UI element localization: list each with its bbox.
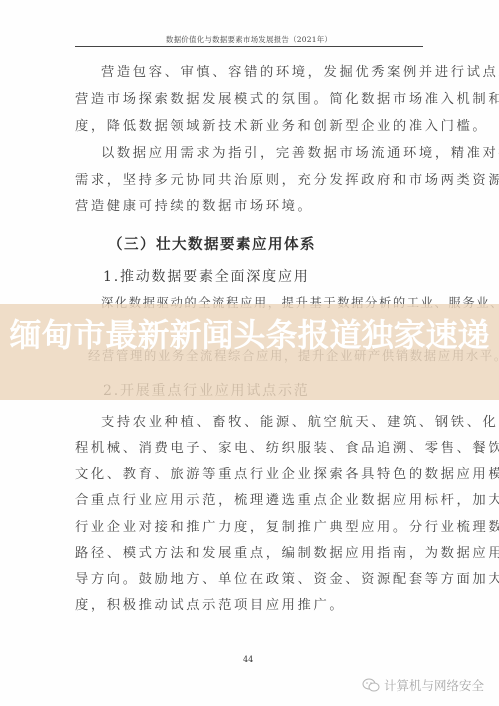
paragraph-line: 程机械、消费电子、家电、纺织服装、食品追溯、零售、餐饮、酒店、 (75, 441, 423, 457)
watermark: 计算机与网络安全 (362, 676, 484, 694)
paragraph-line: 以数据应用需求为指引，完善数据市场流通环境，精准对接市场 (101, 146, 423, 162)
paragraph-line: 合重点行业应用示范，梳理遴选重点企业数据应用标杆，加大地方和 (75, 493, 423, 509)
watermark-text: 计算机与网络安全 (384, 676, 484, 694)
paragraph-line: 营造包容、审慎、容错的环境，发掘优秀案例并进行试点示范， (101, 65, 423, 81)
paragraph-line: 度，积极推动试点示范项目应用推广。 (75, 598, 423, 614)
paragraph-line: 度，降低数据领域新技术新业务和创新型企业的准入门槛。 (75, 119, 423, 135)
paragraph-line: 营造健康可持续的数据市场环境。 (75, 199, 423, 215)
page-number: 44 (243, 655, 253, 664)
paragraph-line: 行业企业对接和推广力度，复制推广典型应用。分行业梳理数据应用 (75, 520, 423, 536)
paragraph-line: 文化、教育、旅游等重点行业企业探索各具特色的数据应用模式。结 (75, 467, 423, 483)
section-heading: （三）壮大数据要素应用体系 (108, 233, 316, 254)
header-rule (75, 46, 423, 47)
headline-title[interactable]: 缅甸市最新新闻头条报道独家速递 (0, 318, 499, 352)
wechat-icon (362, 678, 380, 692)
paragraph-line: 营造市场探索数据发展模式的氛围。简化数据市场准入机制和备案制 (75, 92, 423, 108)
running-header: 数据价值化与数据要素市场发展报告（2021年） (75, 34, 423, 45)
sub-heading: 1.推动数据要素全面深度应用 (103, 266, 310, 286)
paragraph-line: 支持农业种植、畜牧、能源、航空航天、建筑、钢铁、化工、工 (101, 415, 423, 431)
paragraph-line: 路径、模式方法和发展重点，编制数据应用指南，为数据应用提供指 (75, 546, 423, 562)
paragraph-line: 需求，坚持多元协同共治原则，充分发挥政府和市场两类资源优势， (75, 173, 423, 189)
paragraph-line: 导方向。鼓励地方、单位在政策、资金、资源配套等方面加大支持力 (75, 572, 423, 588)
